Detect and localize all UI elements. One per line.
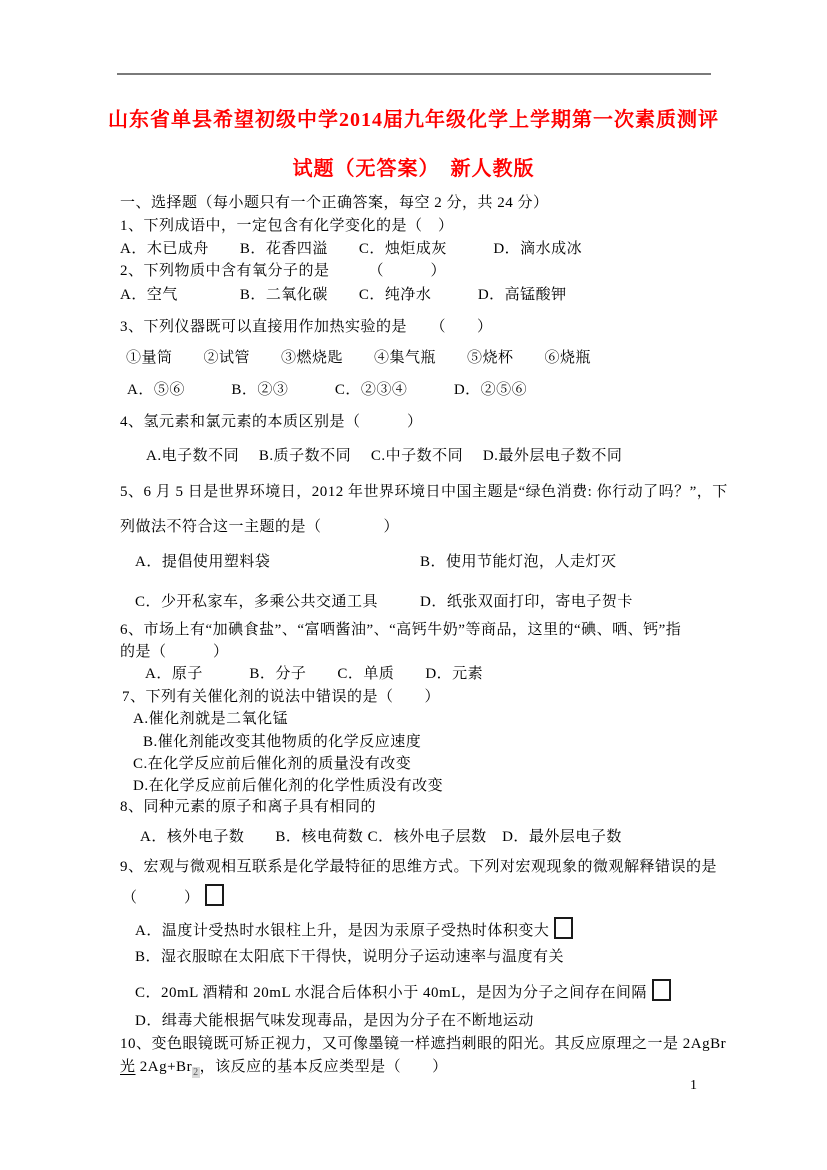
q10-stem-line1: 10、变色眼镜既可矫正视力，又可像墨镜一样遮挡刺眼的阳光。其反应原理之一是 2A… — [120, 1034, 726, 1054]
q5-option-c: C．少开私家车，多乘公共交通工具 — [135, 594, 378, 610]
document-title-line2: 试题（无答案） 新人教版 — [0, 152, 827, 181]
document-title-line1: 山东省单县希望初级中学2014届九年级化学上学期第一次素质测评 — [0, 103, 827, 132]
q9-stem-line1: 9、宏观与微观相互联系是化学最特征的思维方式。下列对宏观现象的微观解释错误的是 — [120, 857, 717, 877]
answer-box — [652, 979, 671, 1001]
q9-option-c: C．20mL 酒精和 20mL 水混合后体积小于 40mL，是因为分子之间存在间… — [135, 979, 671, 1003]
q1-options: A．木已成舟 B．花香四溢 C．烛炬成灰 D．滴水成冰 — [120, 239, 582, 259]
exam-document-page: 山东省单县希望初级中学2014届九年级化学上学期第一次素质测评 试题（无答案） … — [0, 0, 827, 1170]
page-number: 1 — [690, 1078, 697, 1094]
q7-option-a: A.催化剂就是二氧化锰 — [133, 709, 288, 729]
q4-stem: 4、氢元素和氯元素的本质区别是（ ） — [120, 412, 423, 432]
q4-options: A.电子数不同 B.质子数不同 C.中子数不同 D.最外层电子数不同 — [146, 446, 622, 466]
q5-stem-line2: 列做法不符合这一主题的是（ ） — [120, 517, 399, 537]
reaction-condition-light: 光 — [120, 1059, 136, 1075]
q9-option-d: D．缉毒犬能根据气味发现毒品，是因为分子在不断地运动 — [135, 1011, 534, 1031]
q10-stem-line2: 光 2Ag+Br2，该反应的基本反应类型是（ ） — [120, 1057, 448, 1083]
q7-stem: 7、下列有关催化剂的说法中错误的是（ ） — [122, 687, 440, 707]
q5-option-b: B．使用节能灯泡，人走灯灭 — [420, 552, 617, 572]
formula-subscript-2: 2 — [192, 1067, 200, 1078]
reaction-formula: 2Ag+Br — [136, 1059, 193, 1075]
answer-box — [554, 917, 573, 939]
answer-box — [205, 884, 224, 906]
q2-stem: 2、下列物质中含有氧分子的是 （ ） — [120, 261, 446, 281]
q9-option-a-text: A．温度计受热时水银柱上升，是因为汞原子受热时体积变大 — [135, 923, 549, 939]
q9-option-b: B．湿衣服晾在太阳底下干得快，说明分子运动速率与温度有关 — [135, 947, 564, 967]
q5-option-a: A．提倡使用塑料袋 — [135, 554, 270, 570]
q9-stem-line2: （ ） — [122, 884, 224, 908]
q9-option-c-text: C．20mL 酒精和 20mL 水混合后体积小于 40mL，是因为分子之间存在间… — [135, 985, 647, 1001]
q8-options: A．核外电子数 B．核电荷数 C．核外电子层数 D．最外层电子数 — [140, 827, 622, 847]
q7-option-b: B.催化剂能改变其他物质的化学反应速度 — [143, 732, 421, 752]
q5-options-cd: C．少开私家车，多乘公共交通工具D．纸张双面打印，寄电子贺卡 — [135, 592, 378, 612]
q8-stem: 8、同种元素的原子和离子具有相同的 — [120, 797, 376, 817]
q3-stem: 3、下列仪器既可以直接用作加热实验的是 （ ） — [120, 317, 493, 337]
q1-stem: 1、下列成语中，一定包含有化学变化的是（ ） — [120, 216, 454, 236]
q5-option-d: D．纸张双面打印，寄电子贺卡 — [420, 592, 633, 612]
q9-option-a: A．温度计受热时水银柱上升，是因为汞原子受热时体积变大 — [135, 917, 573, 941]
q5-stem-line1: 5、6 月 5 日是世界环境日，2012 年世界环境日中国主题是“绿色消费: 你… — [120, 482, 728, 502]
q2-options: A．空气 B．二氧化碳 C．纯净水 D．高锰酸钾 — [120, 285, 567, 305]
q7-option-d: D.在化学反应前后催化剂的化学性质没有改变 — [133, 776, 443, 796]
q7-option-c: C.在化学反应前后催化剂的质量没有改变 — [133, 754, 411, 774]
q6-stem-line1: 6、市场上有“加碘食盐”、“富哂酱油”、“高钙牛奶”等商品，这里的“碘、哂、钙”… — [120, 620, 681, 640]
q6-options: A．原子 B．分子 C．单质 D．元素 — [145, 664, 483, 684]
q3-options: A．⑤⑥ B．②③ C．②③④ D．②⑤⑥ — [127, 380, 527, 400]
q6-stem-line2: 的是（ ） — [120, 642, 229, 662]
q10-tail: ，该反应的基本反应类型是（ ） — [200, 1059, 448, 1075]
q5-options-ab: A．提倡使用塑料袋B．使用节能灯泡，人走灯灭 — [135, 552, 270, 572]
q9-answer-parens: （ ） — [122, 890, 200, 906]
q3-items: ①量筒 ②试管 ③燃烧匙 ④集气瓶 ⑤烧杯 ⑥烧瓶 — [126, 348, 591, 368]
section-heading: 一、选择题（每小题只有一个正确答案，每空 2 分，共 24 分） — [120, 193, 549, 213]
header-rule — [117, 73, 711, 75]
